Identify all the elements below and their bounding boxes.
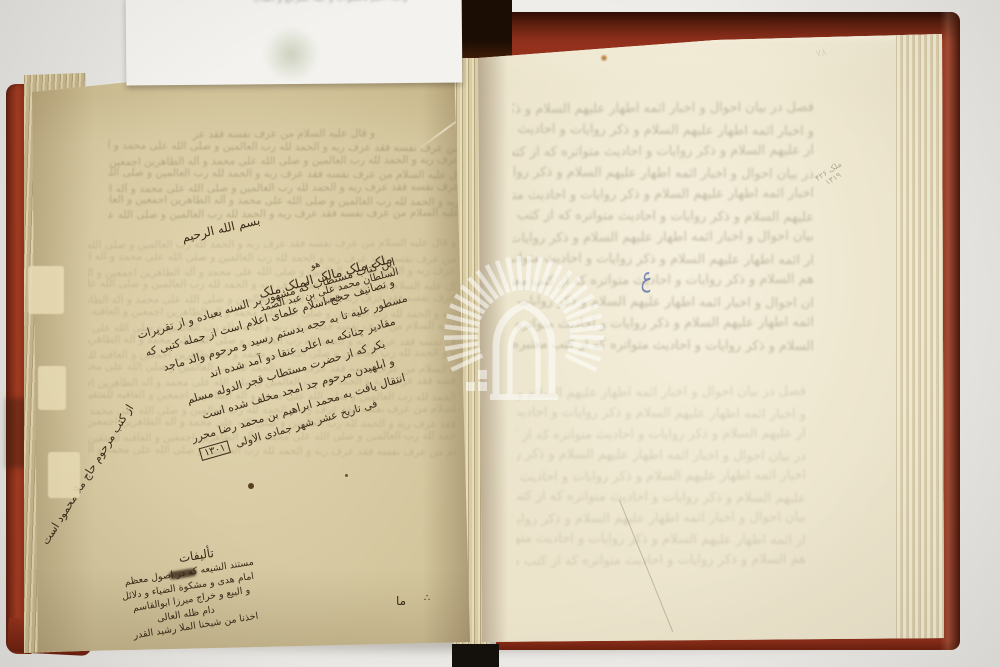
left-page: و قال علیه السلام من عرف نفسه فقد عرف رب… (30, 56, 470, 652)
bleed-line: بیان احوال و اخبار ائمه اطهار علیهم السل… (512, 226, 814, 250)
bleed-line: ار ائمه اطهار علیهم السلام و ذکر روایات … (516, 528, 806, 551)
repair-patch (38, 366, 66, 410)
bleed-line: ان احوال و اخبار ائمه اطهار علیهم السلام… (512, 290, 814, 314)
bleed-line: فصل در بیان احوال و اخبار ائمه اطهار علی… (512, 98, 814, 121)
bottom-ink-dots: ∴ (424, 593, 432, 604)
bleed-line: بیان احوال و اخبار ائمه اطهار علیهم السل… (516, 507, 806, 530)
bleed-line: علیه السلام من عرف نفسه فقد عرف ربه و ال… (108, 207, 460, 223)
bleed-line: و قال علیه السلام من عرف نفسه فقد عرف رب… (192, 128, 375, 142)
black-spine-strip (452, 644, 499, 667)
stamp-showthrough (262, 28, 320, 81)
bleed-through-text-left-upper: و قال علیه السلام من عرف نفسه فقد عرف رب… (108, 128, 460, 244)
pencil-note: ملک ۴۲۶ ۱۳۱۹ (813, 159, 848, 190)
faint-corner-mark: ۷۸ (815, 47, 827, 60)
repair-patch (48, 452, 80, 498)
bleed-line: اخبار ائمه اطهار علیهم السلام و ذکر روای… (516, 465, 806, 488)
bleed-line: در بیان احوال و اخبار ائمه اطهار علیهم ا… (512, 161, 814, 185)
bottom-ink-mark: ما (396, 594, 406, 608)
bleed-line: ار ائمه اطهار علیهم السلام و ذکر روایات … (512, 247, 814, 271)
bleed-line: ائمه اطهار علیهم السلام و ذکر روایات و ا… (512, 312, 814, 336)
bleed-line: در بیان احوال و اخبار ائمه اطهار علیهم ا… (516, 444, 806, 467)
besmala-heading: بسم الله الرحیم (165, 210, 277, 249)
bleed-line: عرف نفسه فقد عرف ربه و الحمد لله رب العا… (108, 180, 460, 196)
bleed-line: فصل در بیان احوال و اخبار ائمه اطهار علی… (516, 382, 806, 404)
bleed-line: هم السلام و ذکر روایات و احادیث متواتره … (516, 549, 806, 572)
bleed-line: هم السلام و ذکر روایات و احادیث متواتره … (512, 269, 814, 293)
foxing-spot (600, 54, 608, 62)
right-page-crease (619, 500, 673, 632)
bleed-line: عرف ربه و الحمد لله رب العالمین و صلی ال… (108, 154, 460, 170)
bleed-through-text-right-upper: فصل در بیان احوال و اخبار ائمه اطهار علی… (512, 98, 814, 364)
bleed-line: السلام و ذکر روایات و احادیث متواتره که … (512, 333, 814, 357)
right-page-edge-stack (896, 28, 946, 644)
ink-dot (248, 483, 254, 489)
bleed-line: ال علیه السلام من عرف نفسه فقد عرف ربه و… (108, 167, 460, 183)
blue-ink-mark: ع (640, 261, 655, 294)
bleed-line: ار علیهم السلام و ذکر روایات و احادیث مت… (516, 423, 806, 446)
strip-showthrough-text: والله اعلم بالصواب و الیه المرجع و المآب (184, 0, 408, 6)
right-page: فصل در بیان احوال و اخبار ائمه اطهار علی… (476, 28, 946, 644)
bleed-line: و اخبار ائمه اطهار علیهم السلام و ذکر رو… (512, 118, 814, 142)
bleed-line: من عرف نفسه فقد عرف ربه و الحمد لله رب ا… (108, 140, 460, 156)
repair-patch (28, 266, 64, 314)
manuscript-photo: فصل در بیان احوال و اخبار ائمه اطهار علی… (0, 0, 1000, 667)
bleed-line: ار علیهم السلام و ذکر روایات و احادیث مت… (512, 140, 814, 164)
ink-dot (345, 474, 348, 477)
bleed-line: اخبار ائمه اطهار علیهم السلام و ذکر روای… (512, 183, 814, 207)
bleed-through-text-right-lower: فصل در بیان احوال و اخبار ائمه اطهار علی… (516, 382, 806, 588)
bleed-line: ربه و الحمد لله رب العالمین و صلی الله ع… (108, 194, 460, 210)
bleed-line: علیهم السلام و ذکر روایات و احادیث متوات… (516, 486, 806, 509)
bleed-line: و اخبار ائمه اطهار علیهم السلام و ذکر رو… (516, 402, 806, 425)
bleed-line: علیهم السلام و ذکر روایات و احادیث متوات… (512, 204, 814, 228)
white-paper-strip: والله اعلم بالصواب و الیه المرجع و المآب (126, 0, 463, 85)
